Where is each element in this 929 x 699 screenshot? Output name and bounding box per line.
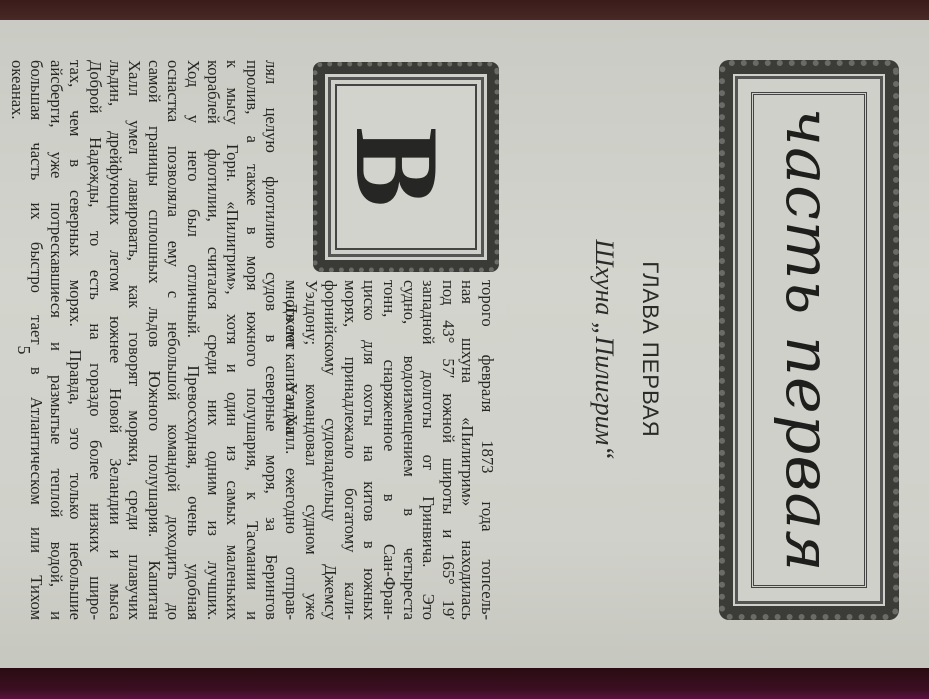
text-line: оснастка позволяла ему с небольшой коман… (164, 60, 184, 620)
text-line: Доброй Надежды, то есть на гораздо более… (85, 60, 105, 620)
text-line: кораблей флотилии, считался среди них од… (203, 60, 223, 620)
text-line: льдин, дрейфующих летом южнее Новой Зела… (105, 60, 125, 620)
drop-cap-ornamental-frame: В (313, 62, 499, 272)
text-line: тонн, снаряженное в Сан-Фран- (379, 280, 399, 620)
text-line: лял целую флотилию судов в северные моря… (262, 60, 282, 620)
text-line: судно, водоизмещением в четыреста (399, 280, 419, 620)
text-line: айсберги, уже потрескавшиеся и размытые … (46, 60, 66, 620)
book-page: часть первая ГЛАВА ПЕРВАЯ Шхуна „Пилигри… (0, 0, 929, 699)
part-title-inner-frame: часть первая (751, 92, 867, 588)
text-line: Уэлдону; командовал судном уже (301, 280, 321, 620)
text-line: циско для охоты на китов в южных (360, 280, 380, 620)
page-number: 5 (13, 330, 34, 370)
text-line: западной долготы от Гринвича. Это (419, 280, 439, 620)
text-line: тах, чем в северных морях. Правда, это т… (66, 60, 86, 620)
chapter-subtitle: Шхуна „Пилигрим“ (589, 0, 619, 699)
body-text-full-width: Джемс Уэлдон ежегодно отправ- лял целую … (7, 60, 301, 620)
text-line: морях, принадлежало богатому кали- (340, 280, 360, 620)
text-line: самой границы сплошных льдов Южного полу… (144, 60, 164, 620)
text-line: торого февраля 1873 года топсель- (477, 280, 497, 620)
chapter-heading: ГЛАВА ПЕРВАЯ (637, 0, 663, 699)
text-line: форнийскому судовладельцу Джемсу (321, 280, 341, 620)
part-title-ornamental-frame: часть первая (719, 60, 899, 620)
text-line: Ход у него был отличный. Превосходная, о… (183, 60, 203, 620)
part-title: часть первая (773, 108, 846, 573)
text-line: к мысу Горн. «Пилигрим», хотя и один из … (223, 60, 243, 620)
text-line: пролив, а также в моря южного полушария,… (242, 60, 262, 620)
drop-cap-letter: В (327, 74, 467, 260)
text-line-paragraph-start: Джемс Уэлдон ежегодно отправ- (281, 302, 301, 620)
text-line: под 43° 57′ южной широты и 165° 19′ (438, 280, 458, 620)
body-text-beside-drop-cap: торого февраля 1873 года топсель- ная шх… (281, 280, 497, 620)
text-line: Халл умел лавировать, как говорят моряки… (125, 60, 145, 620)
text-line: ная шхуна «Пилигрим» находилась (458, 280, 478, 620)
